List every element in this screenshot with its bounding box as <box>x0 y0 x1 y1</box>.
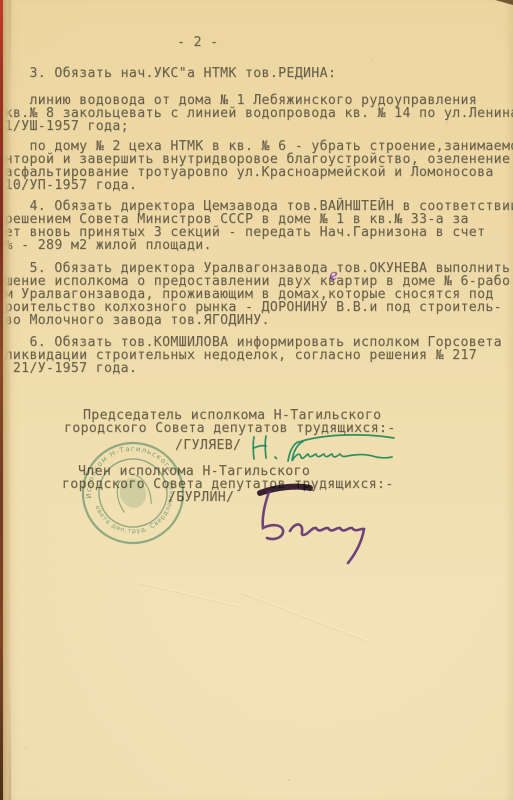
paragraph-item-3b: по дому № 2 цеха НТМК в кв. № 6 - убрать… <box>0 140 513 192</box>
paragraph-item-4: 4. Обязать директора Цемзавода тов.ВАЙНШ… <box>0 200 513 252</box>
signature-stroke <box>288 442 392 461</box>
page-left-edge <box>3 0 11 800</box>
paragraph-item-5: 5. Обязать директора Уралвагонзавода тов… <box>0 262 510 327</box>
document-page: - 2 - 3. Обязать нач.УКС"а НТМК тов.РЕДИ… <box>0 0 513 800</box>
signature-stroke <box>265 436 266 458</box>
signature-stroke <box>275 457 277 459</box>
paragraph-item-6: 6. Обязать тов.КОМШИЛОВА информировать и… <box>0 336 502 375</box>
page-number: - 2 - <box>177 36 218 49</box>
signature-top-bar <box>260 487 310 493</box>
signature-flourish <box>302 435 394 441</box>
paragraph-item-3a: линию водовода от дома № 1 Лебяжинского … <box>0 94 513 133</box>
binding-edge-strip <box>0 0 3 800</box>
signature-stroke <box>254 446 266 448</box>
signature-stroke <box>263 492 283 539</box>
official-round-stamp: Исполком Н-Тагильского гор.Совета деп.тр… <box>77 437 189 549</box>
paper-crease <box>240 591 370 642</box>
signature-stroke <box>290 524 364 563</box>
member-signature-ink <box>250 481 390 566</box>
chairman-signature-ink <box>246 432 406 468</box>
paragraph-item-3-heading: 3. Обязать нач.УКС"а НТМК тов.РЕДИНА: <box>0 67 336 80</box>
paper-crease <box>139 582 242 608</box>
corner-mark <box>495 0 513 5</box>
